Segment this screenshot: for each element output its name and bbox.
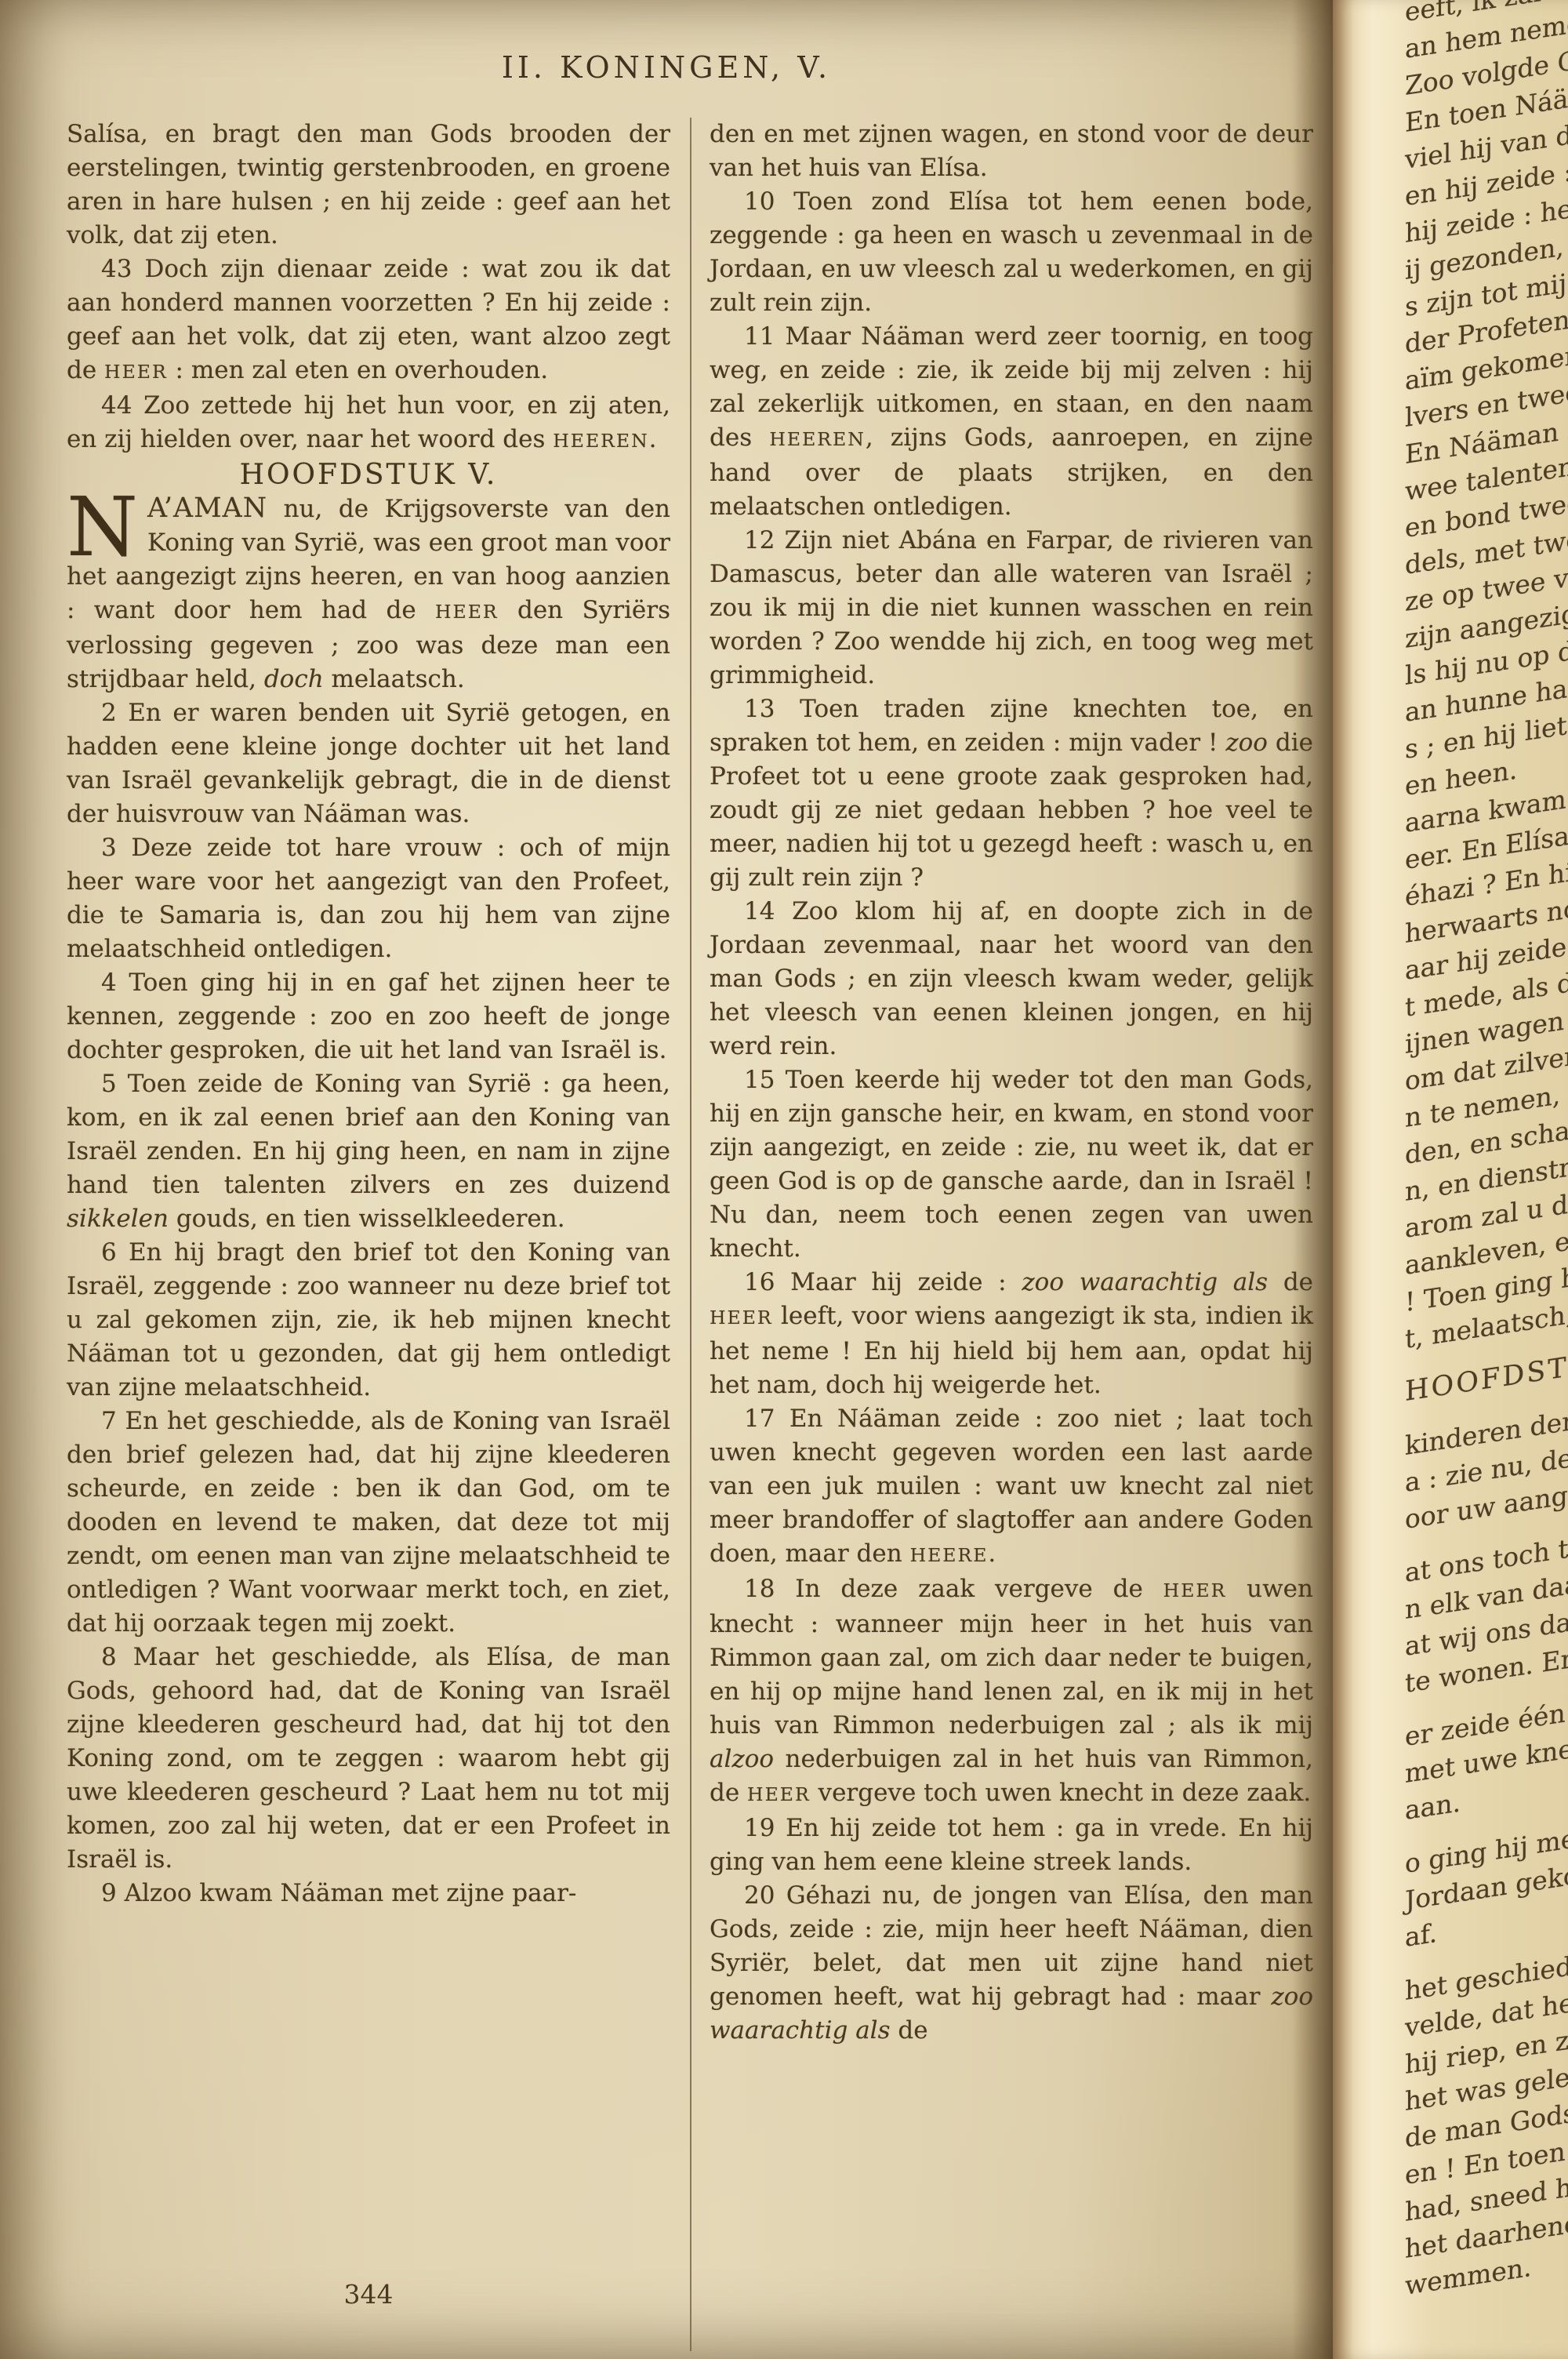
next-page-curled-edge: eeft, ik zal hem nalooan hem nemen !Zoo … <box>1333 0 1568 2359</box>
verse-paragraph: 5 Toen zeide de Koning van Syrië : ga he… <box>67 1067 670 1236</box>
verse-paragraph: 13 Toen traden zijne knechten toe, en sp… <box>710 692 1313 895</box>
verse-paragraph: 3 Deze zeide tot hare vrouw : och of mij… <box>67 831 670 966</box>
verse-paragraph: 4 Toen ging hij in en gaf het zijnen hee… <box>67 966 670 1067</box>
scanned-bible-page: II. KONINGEN, V. Salísa, en bragt den ma… <box>0 0 1568 2359</box>
running-header: II. KONINGEN, V. <box>0 50 1333 85</box>
next-page-text-fragments: eeft, ik zal hem nalooan hem nemen !Zoo … <box>1405 0 1568 2304</box>
page-number: 344 <box>67 2279 670 2310</box>
continuation-paragraph: den en met zijnen wagen, en stond voor d… <box>710 118 1313 185</box>
verse-paragraph: 15 Toen keerde hij weder tot den man God… <box>710 1063 1313 1266</box>
right-column: den en met zijnen wagen, en stond voor d… <box>710 118 1313 2048</box>
verse-paragraph: 17 En Náäman zeide : zoo niet ; laat toc… <box>710 1402 1313 1572</box>
verse-paragraph: 20 Géhazi nu, de jongen van Elísa, den m… <box>710 1879 1313 2048</box>
text-columns: Salísa, en bragt den man Gods brooden de… <box>67 118 1313 2351</box>
continuation-paragraph: Salísa, en bragt den man Gods brooden de… <box>67 118 670 253</box>
verse-paragraph: 6 En hij bragt den brief tot den Koning … <box>67 1236 670 1405</box>
left-column: Salísa, en bragt den man Gods brooden de… <box>67 118 670 1910</box>
chapter-heading: HOOFDSTUK V. <box>67 458 670 492</box>
drop-cap-initial: N <box>67 492 147 559</box>
verse-paragraph: 9 Alzoo kwam Náäman met zijne paar- <box>67 1877 670 1910</box>
verse-paragraph: 43 Doch zijn dienaar zeide : wat zou ik … <box>67 253 670 389</box>
verse-paragraph: 16 Maar hij zeide : zoo waarachtig als d… <box>710 1266 1313 1402</box>
verse-paragraph: NA’AMAN nu, de Krijgsoverste van den Kon… <box>67 492 670 696</box>
verse-paragraph: 18 In deze zaak vergeve de HEER uwen kne… <box>710 1572 1313 1812</box>
verse-paragraph: 8 Maar het geschiedde, als Elísa, de man… <box>67 1641 670 1877</box>
lead-word: A’AMAN <box>147 493 267 524</box>
verse-paragraph: 19 En hij zeide tot hem : ga in vrede. E… <box>710 1812 1313 1879</box>
verse-paragraph: 14 Zoo klom hij af, en doopte zich in de… <box>710 895 1313 1063</box>
verse-paragraph: 44 Zoo zettede hij het hun voor, en zij … <box>67 389 670 458</box>
verse-paragraph: 2 En er waren benden uit Syrië getogen, … <box>67 696 670 831</box>
verse-paragraph: 12 Zijn niet Abána en Farpar, de riviere… <box>710 524 1313 692</box>
verse-paragraph: 11 Maar Náäman werd zeer toornig, en too… <box>710 320 1313 524</box>
bible-page: II. KONINGEN, V. Salísa, en bragt den ma… <box>0 0 1333 2359</box>
verse-paragraph: 7 En het geschiedde, als de Koning van I… <box>67 1405 670 1641</box>
verse-paragraph: 10 Toen zond Elísa tot hem eenen bode, z… <box>710 185 1313 320</box>
column-divider-rule <box>690 118 691 2351</box>
